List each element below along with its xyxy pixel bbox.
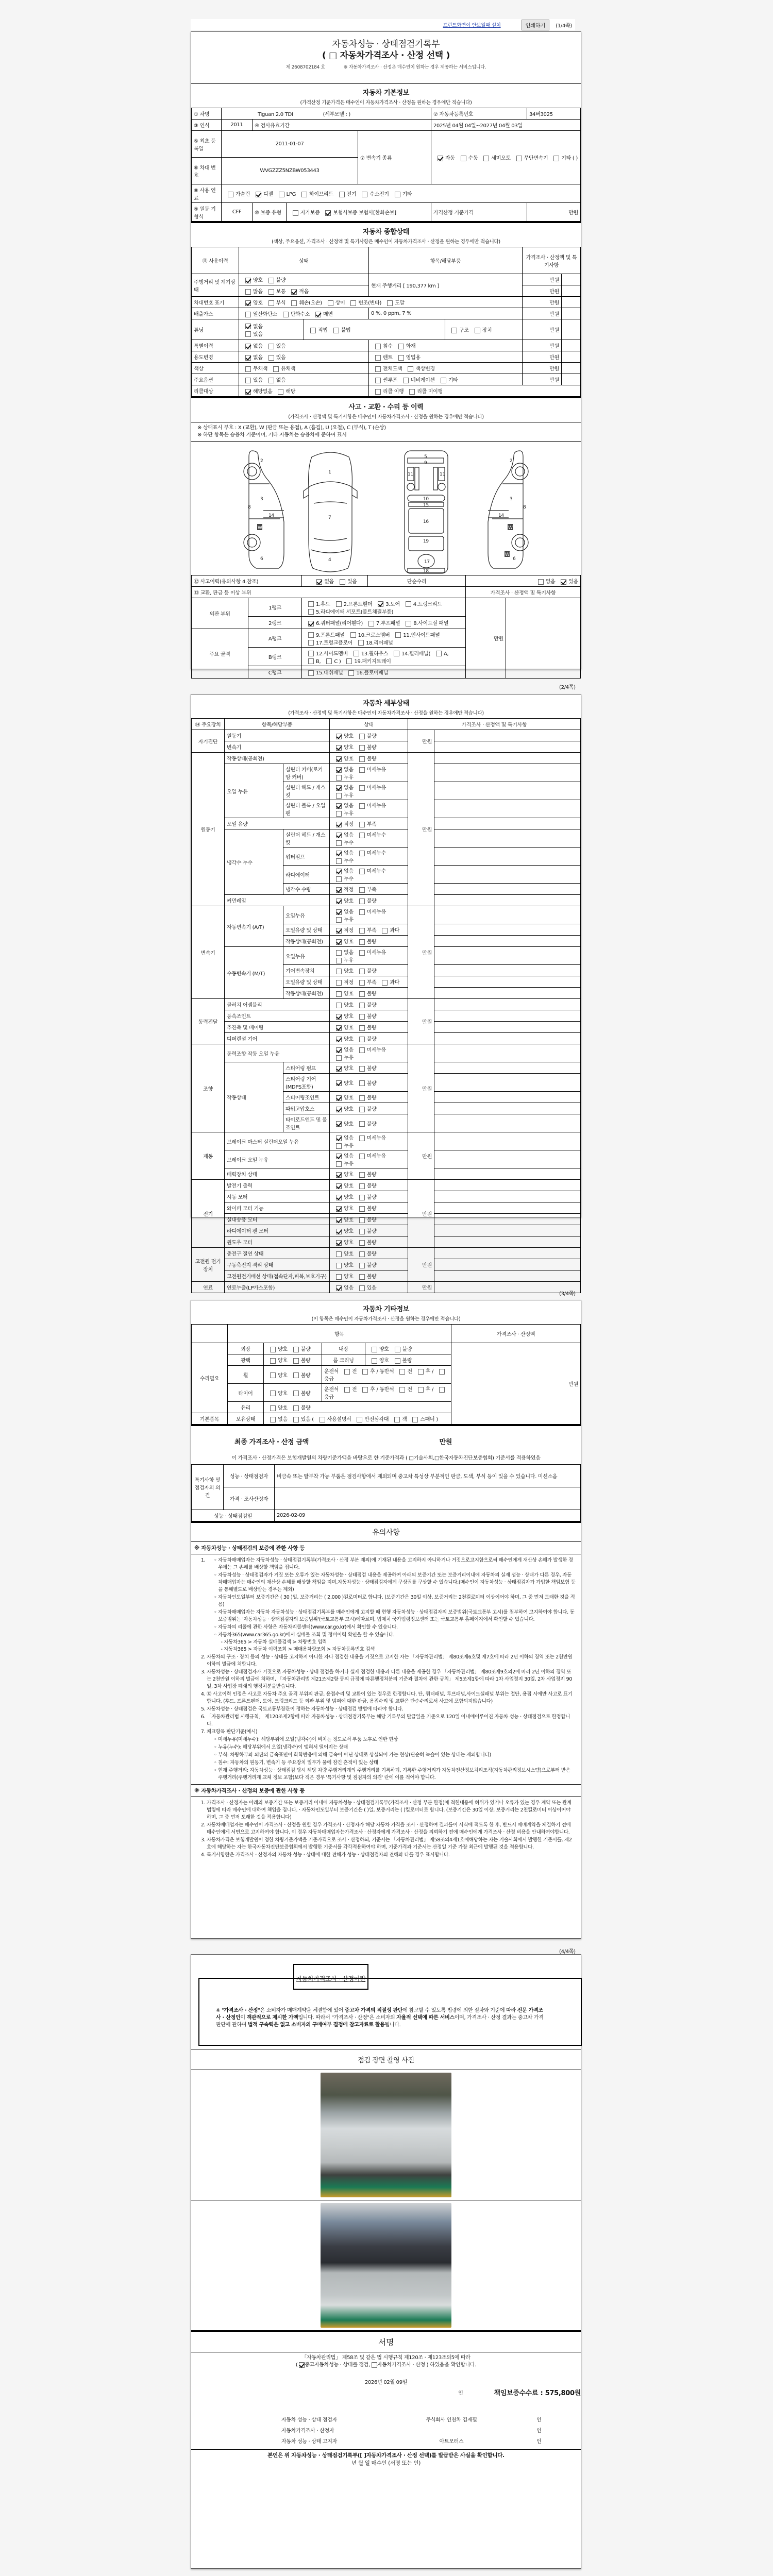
checkbox[interactable] — [336, 1274, 342, 1280]
checkbox[interactable] — [268, 355, 274, 361]
checkbox[interactable] — [245, 312, 251, 317]
checkbox[interactable] — [408, 366, 413, 372]
option: 3.도어 — [374, 602, 400, 607]
checkbox[interactable] — [399, 1369, 405, 1375]
checkbox[interactable] — [553, 156, 559, 161]
checkbox[interactable] — [346, 658, 352, 664]
checkbox[interactable] — [354, 651, 359, 656]
checkbox[interactable] — [359, 767, 365, 773]
checkbox[interactable] — [293, 1347, 299, 1352]
option: 가솔린 — [224, 192, 250, 197]
option: 양호 — [241, 300, 263, 306]
checkbox[interactable] — [336, 869, 342, 874]
status-options: 양호 불량 — [330, 1062, 408, 1074]
checkbox[interactable] — [412, 1417, 418, 1422]
option: 하이브리드 — [297, 192, 333, 197]
detail-row: 변속기자동변속기 (A/T)오일누유없음 미세누유 누유만원 — [192, 906, 581, 924]
item-label: 냉각수 누수 — [225, 829, 283, 895]
checkbox[interactable] — [245, 378, 251, 383]
checkbox[interactable] — [245, 300, 251, 306]
photos-title: 점검 장면 촬영 사진 — [191, 2049, 581, 2070]
checkbox[interactable] — [336, 1285, 342, 1291]
checkbox[interactable] — [375, 355, 381, 361]
checkbox[interactable] — [359, 822, 365, 827]
item-label: 윈도우 모터 — [225, 1236, 330, 1248]
rear-view-photo — [321, 2203, 451, 2328]
checkbox[interactable] — [308, 621, 314, 626]
svg-text:11: 11 — [408, 472, 413, 477]
checkbox[interactable] — [359, 1183, 365, 1189]
checkbox[interactable] — [228, 192, 233, 197]
option: 적법 — [306, 328, 328, 333]
svg-text:2: 2 — [510, 459, 512, 464]
checkbox[interactable] — [336, 887, 342, 893]
checkbox[interactable] — [293, 1391, 299, 1396]
status-options: 양호 불량 — [330, 1074, 408, 1092]
checkbox[interactable] — [336, 1080, 342, 1086]
option: 상이 — [324, 300, 345, 306]
checkbox[interactable] — [336, 969, 342, 974]
checkbox[interactable] — [362, 1369, 368, 1375]
checkbox[interactable] — [439, 1387, 445, 1393]
checkbox[interactable] — [336, 756, 342, 762]
checkbox[interactable] — [398, 355, 404, 361]
checkbox[interactable] — [359, 887, 365, 893]
svg-text:19: 19 — [423, 539, 429, 544]
checkbox[interactable] — [368, 621, 374, 626]
checkbox[interactable] — [336, 1143, 342, 1149]
checkbox[interactable] — [359, 991, 365, 997]
checkbox[interactable] — [315, 312, 321, 317]
checkbox[interactable] — [325, 210, 331, 216]
checkbox[interactable] — [245, 331, 251, 337]
remark-cell — [562, 340, 581, 351]
checkbox[interactable] — [359, 950, 365, 956]
checkbox[interactable] — [326, 658, 332, 664]
checkbox[interactable] — [336, 851, 342, 856]
checkbox[interactable] — [382, 980, 388, 986]
checkbox[interactable] — [336, 1095, 342, 1101]
checkbox[interactable] — [336, 1195, 342, 1200]
price-unit: 만원 — [523, 340, 562, 351]
header: 가격조사 · 산정액 및 특기사항 — [408, 719, 581, 730]
checkbox[interactable] — [291, 289, 297, 295]
print-button[interactable]: 인쇄하기 — [522, 20, 550, 30]
remark-cell — [434, 730, 581, 741]
checkbox[interactable] — [336, 909, 342, 915]
model-year: 2011 — [222, 120, 253, 131]
svg-text:10: 10 — [423, 497, 429, 502]
svg-text:W: W — [258, 526, 262, 531]
note-item: 가격조사 · 산정자는 아래의 보증기간 또는 보증거리 이내에 자동차성능 ·… — [207, 1800, 576, 1821]
checkbox[interactable] — [359, 1195, 365, 1200]
checkbox[interactable] — [359, 980, 365, 986]
checkbox[interactable] — [359, 803, 365, 809]
checkbox[interactable] — [359, 1136, 365, 1141]
install-print-link[interactable]: 프린트화면이 안보일때 설치 — [443, 21, 501, 28]
car-name: Tiguan 2.0 TDI(세부모델 : ) — [222, 108, 431, 120]
checkbox[interactable] — [273, 366, 279, 372]
option: 훼손(오손) — [287, 300, 322, 306]
checkbox[interactable] — [328, 300, 333, 306]
detail-row: 시동 모터양호 불량 — [192, 1191, 581, 1202]
checkbox[interactable] — [336, 980, 342, 986]
checkbox[interactable] — [357, 1417, 362, 1422]
checkbox[interactable] — [336, 1183, 342, 1189]
checkbox[interactable] — [336, 1055, 342, 1061]
checkbox[interactable] — [336, 775, 342, 781]
option: C ) — [322, 659, 341, 665]
rank-label: C랭크 — [248, 666, 302, 679]
status-options: 양호 불량 — [330, 1191, 408, 1202]
checkbox[interactable] — [336, 1107, 342, 1112]
item-label: 오일 누유 — [225, 764, 283, 818]
checkbox[interactable] — [270, 1405, 276, 1411]
checkbox[interactable] — [336, 950, 342, 956]
notes-heading-warranty: ※ 자동차성능 · 상태점검의 보증에 관한 사항 등 — [191, 1541, 581, 1554]
checkbox[interactable] — [359, 939, 365, 945]
option: 있음 — [241, 378, 263, 383]
checkbox[interactable] — [359, 1025, 365, 1031]
checkbox[interactable] — [293, 1417, 299, 1422]
checkbox[interactable] — [245, 344, 251, 349]
checkbox[interactable] — [406, 601, 411, 607]
item-label: 작동상태(공회전) — [225, 753, 330, 764]
checkbox[interactable] — [245, 289, 251, 295]
checkbox[interactable] — [359, 1285, 365, 1291]
checkbox[interactable] — [359, 1274, 365, 1280]
checkbox[interactable] — [348, 670, 354, 676]
checkbox[interactable] — [359, 756, 365, 762]
status-options: 없음 미세누유 누유 — [330, 1132, 408, 1150]
checkbox[interactable] — [336, 1014, 342, 1020]
final-price-label: 최종 가격조사 · 산정 금액 — [234, 1436, 309, 1446]
remark-cell — [434, 1074, 581, 1092]
checkbox[interactable] — [359, 1240, 365, 1246]
checkbox[interactable] — [336, 1240, 342, 1246]
transmission-options: 자동 수동 세미오토 무단변속기 기타 ( ) — [431, 131, 581, 184]
checkbox[interactable] — [406, 621, 411, 626]
checkbox[interactable] — [245, 324, 251, 329]
checkbox[interactable] — [394, 1417, 400, 1422]
checkbox[interactable] — [278, 389, 283, 395]
checkbox[interactable] — [359, 851, 365, 856]
checkbox[interactable] — [339, 192, 345, 197]
checkbox[interactable] — [268, 278, 274, 283]
checkbox[interactable] — [336, 1154, 342, 1159]
checkbox[interactable] — [270, 1417, 276, 1422]
checkbox[interactable] — [336, 1217, 342, 1223]
checkbox[interactable] — [359, 969, 365, 974]
remark-cell — [434, 999, 581, 1010]
checkbox[interactable] — [283, 312, 289, 317]
checkbox[interactable] — [336, 1121, 342, 1127]
checkbox[interactable] — [245, 355, 251, 361]
checkbox[interactable] — [336, 1229, 342, 1234]
checkbox[interactable] — [308, 640, 314, 646]
checkbox[interactable] — [359, 745, 365, 751]
checkbox[interactable] — [340, 579, 345, 585]
checkbox[interactable] — [475, 328, 480, 333]
checkbox[interactable] — [336, 876, 342, 882]
checkbox[interactable] — [436, 651, 442, 656]
checkbox[interactable] — [293, 1405, 299, 1411]
status-options: 적정 부족 — [330, 884, 408, 895]
checkbox[interactable] — [336, 928, 342, 934]
checkbox[interactable] — [350, 300, 356, 306]
checkbox[interactable] — [268, 300, 274, 306]
rank-label: 1랭크 — [248, 598, 302, 617]
checkbox[interactable] — [483, 156, 489, 161]
checkbox[interactable] — [308, 632, 314, 638]
checkbox[interactable] — [359, 1047, 365, 1053]
item-label: 클러치 어셈블리 — [225, 999, 330, 1010]
remark-cell — [434, 988, 581, 999]
checkbox[interactable] — [399, 1387, 405, 1393]
checkbox[interactable] — [336, 1136, 342, 1141]
detail-row: 조향동력조향 작동 오일 누유없음 미세누유 누유만원 — [192, 1044, 581, 1062]
checkbox[interactable] — [336, 767, 342, 773]
checkbox[interactable] — [362, 192, 367, 197]
status-options: 양호 불량 — [330, 999, 408, 1010]
checkbox[interactable] — [375, 378, 381, 383]
checkbox[interactable] — [270, 1372, 276, 1378]
checkbox[interactable] — [418, 1369, 424, 1375]
checkbox[interactable] — [350, 632, 356, 638]
checkbox[interactable] — [395, 192, 400, 197]
item-label: 충전구 절연 상태 — [225, 1248, 330, 1259]
checkbox[interactable] — [359, 1121, 365, 1127]
checkbox[interactable] — [359, 899, 365, 904]
service-notice: ※ 자동차가격조사 · 산정은 매수인이 원하는 경우 제공하는 서비스입니다. — [344, 65, 486, 70]
checkbox[interactable] — [310, 328, 316, 333]
checkbox[interactable] — [293, 1372, 299, 1378]
checkbox[interactable] — [268, 344, 274, 349]
checkbox[interactable] — [359, 1217, 365, 1223]
checkbox[interactable] — [372, 1358, 377, 1364]
checkbox[interactable] — [394, 651, 399, 656]
checkbox[interactable] — [378, 601, 383, 607]
status-options: 없음 미세누수 누수 — [330, 866, 408, 884]
checkbox[interactable] — [387, 300, 393, 306]
checkbox[interactable] — [245, 278, 251, 283]
option: 있음 — [557, 579, 578, 585]
checkbox[interactable] — [336, 822, 342, 827]
remark-cell — [434, 1062, 581, 1074]
option: 없음 — [264, 378, 286, 383]
checkbox[interactable] — [403, 378, 409, 383]
page-4: 자동차가격조사 · 산정이란 ※ "가격조사 · 산정"은 소비자가 매매계약을… — [191, 1954, 581, 2569]
checkbox[interactable] — [359, 1066, 365, 1072]
checkbox[interactable] — [516, 156, 522, 161]
checkbox[interactable] — [409, 389, 415, 395]
detail-row: 원동기작동상태(공회전)양호 불량만원 — [192, 753, 581, 764]
checkbox[interactable] — [320, 1417, 325, 1422]
status-options: 없음 미세누유 누유 — [330, 800, 408, 818]
checkbox[interactable] — [336, 958, 342, 963]
status-options: 양호 불량 — [330, 753, 408, 764]
page-number: (2/4쪽) — [559, 683, 771, 690]
checkbox[interactable] — [359, 785, 365, 791]
device-group: 변속기 — [192, 906, 225, 999]
header: 상태 — [330, 719, 408, 730]
remark-cell — [506, 598, 581, 679]
checkbox[interactable] — [375, 389, 381, 395]
option: 변조(변타) — [346, 300, 381, 306]
label: 특기사항 및 점검자의 의견 — [192, 1465, 224, 1510]
checkbox[interactable] — [336, 840, 342, 846]
checkbox[interactable] — [362, 1387, 368, 1393]
checkbox[interactable] — [359, 1251, 365, 1257]
remark-cell — [434, 906, 581, 924]
checkbox[interactable] — [336, 1003, 342, 1008]
checkbox[interactable] — [439, 1369, 445, 1375]
checkbox[interactable] — [308, 601, 314, 607]
checkbox[interactable] — [308, 670, 314, 676]
checkbox[interactable] — [359, 1206, 365, 1212]
option: 19.패키지트레이 — [342, 659, 391, 665]
checkbox[interactable] — [375, 366, 381, 372]
status-options: 양호 불량 — [330, 895, 408, 906]
checkbox[interactable] — [418, 1387, 424, 1393]
base-price-unit: 만원 — [527, 203, 581, 222]
svg-text:W: W — [505, 552, 510, 557]
signature-title: 서명 — [191, 2330, 581, 2352]
checkbox[interactable] — [308, 609, 314, 615]
option: 없음 — [241, 355, 263, 361]
checkbox[interactable] — [358, 640, 364, 646]
checkbox[interactable] — [336, 803, 342, 809]
detail-row: 실내송풍 모터양호 불량 — [192, 1214, 581, 1225]
part-label: 실린더 헤드 / 개스킷 — [283, 782, 330, 800]
checkbox[interactable] — [336, 858, 342, 864]
checkbox[interactable] — [336, 785, 342, 791]
checkbox[interactable] — [270, 1347, 276, 1352]
checkbox[interactable] — [308, 651, 314, 656]
checkbox[interactable] — [336, 1066, 342, 1072]
checkbox[interactable] — [270, 1391, 276, 1396]
checkbox[interactable] — [316, 579, 322, 585]
checkbox[interactable] — [279, 192, 284, 197]
checkbox[interactable] — [336, 899, 342, 904]
checkbox[interactable] — [359, 1003, 365, 1008]
checkbox[interactable] — [301, 192, 307, 197]
checkbox[interactable] — [359, 1080, 365, 1086]
checkbox[interactable] — [359, 833, 365, 838]
checkbox[interactable] — [359, 1095, 365, 1101]
checkbox[interactable] — [359, 1263, 365, 1268]
checkbox[interactable] — [268, 289, 274, 295]
checkbox[interactable] — [359, 909, 365, 915]
option: 12.사이드멤버 — [304, 651, 348, 657]
checkbox[interactable] — [293, 210, 298, 216]
checkbox[interactable] — [336, 601, 342, 607]
detail-row: 디퍼렌셜 기어양호 불량 — [192, 1033, 581, 1044]
note-item: 자동차매매업자는 자동차성능 · 상태점검기록부(가격조사 · 산정 부분 제외… — [207, 1557, 576, 1653]
part-label: 오일유량 및 상태 — [283, 924, 330, 936]
checkbox[interactable] — [375, 344, 381, 349]
checkbox[interactable] — [256, 192, 261, 197]
checkbox[interactable] — [382, 928, 388, 934]
checkbox[interactable] — [441, 378, 446, 383]
checkbox[interactable] — [395, 632, 401, 638]
status-options: 양호 불량 — [330, 1010, 408, 1022]
checkbox[interactable] — [291, 300, 297, 306]
checkbox[interactable] — [336, 917, 342, 923]
option: 17.트렁크플로어 — [304, 640, 352, 646]
checkbox[interactable] — [336, 1206, 342, 1212]
checkbox[interactable] — [359, 1229, 365, 1234]
checkbox[interactable] — [336, 1161, 342, 1167]
checkbox[interactable] — [359, 1037, 365, 1042]
document-subtitle: ( □ 자동차가격조사 · 산정 선택 ) — [191, 50, 581, 61]
checkbox[interactable] — [336, 745, 342, 751]
label: ④ 검사유효기간 — [253, 120, 431, 131]
checkbox[interactable] — [245, 366, 251, 372]
checkbox[interactable] — [359, 869, 365, 874]
checkbox[interactable] — [538, 579, 544, 585]
label: ⑨ 원동 기형식 — [192, 203, 222, 222]
checkbox[interactable] — [336, 1025, 342, 1031]
checkbox[interactable] — [398, 344, 404, 349]
checkbox[interactable] — [336, 991, 342, 997]
checkbox[interactable] — [336, 734, 342, 739]
checkbox[interactable] — [344, 1387, 350, 1393]
remark-cell — [434, 866, 581, 884]
checkbox[interactable] — [561, 579, 566, 585]
checkbox[interactable] — [336, 939, 342, 945]
checkbox[interactable] — [336, 1263, 342, 1268]
checkbox[interactable] — [268, 378, 274, 383]
checkbox[interactable] — [333, 328, 339, 333]
section-title-notes: 유의사항 — [191, 1523, 581, 1541]
detail-row: 전기발전기 출력양호 불량만원 — [192, 1180, 581, 1191]
checkbox[interactable] — [336, 1251, 342, 1257]
checkbox[interactable] — [293, 1358, 299, 1364]
detail-row: 냉각수 누수실린더 헤드 / 개스킷없음 미세누수 누수 — [192, 829, 581, 848]
checkbox[interactable] — [336, 1172, 342, 1178]
checkbox[interactable] — [336, 1037, 342, 1042]
checkbox[interactable] — [461, 156, 466, 161]
checkbox[interactable] — [451, 328, 457, 333]
status-options: 양호 불량 — [330, 730, 408, 741]
checkbox[interactable] — [359, 734, 365, 739]
checkbox[interactable] — [359, 1107, 365, 1112]
checkbox[interactable] — [438, 156, 443, 161]
checkbox[interactable] — [359, 928, 365, 934]
checkbox[interactable] — [344, 1369, 350, 1375]
checkbox[interactable] — [359, 1014, 365, 1020]
checkbox[interactable] — [308, 658, 314, 664]
seal-mark: 인 — [458, 2388, 463, 2396]
price-unit: 만원 — [408, 1132, 434, 1180]
checkbox[interactable] — [336, 833, 342, 838]
checkbox[interactable] — [395, 1347, 400, 1352]
checkbox[interactable] — [336, 793, 342, 799]
checkbox[interactable] — [245, 389, 251, 395]
checkbox[interactable] — [372, 1347, 377, 1352]
checkbox[interactable] — [359, 1172, 365, 1178]
remark-cell — [434, 936, 581, 947]
checkbox[interactable] — [336, 811, 342, 817]
checkbox[interactable] — [270, 1358, 276, 1364]
remark-cell — [434, 1132, 581, 1150]
inspection-date: 2026-02-09 — [275, 1510, 581, 1521]
checkbox[interactable] — [395, 1358, 400, 1364]
checkbox[interactable] — [336, 1047, 342, 1053]
checkbox[interactable] — [359, 1154, 365, 1159]
price-unit: 만원 — [408, 753, 434, 906]
